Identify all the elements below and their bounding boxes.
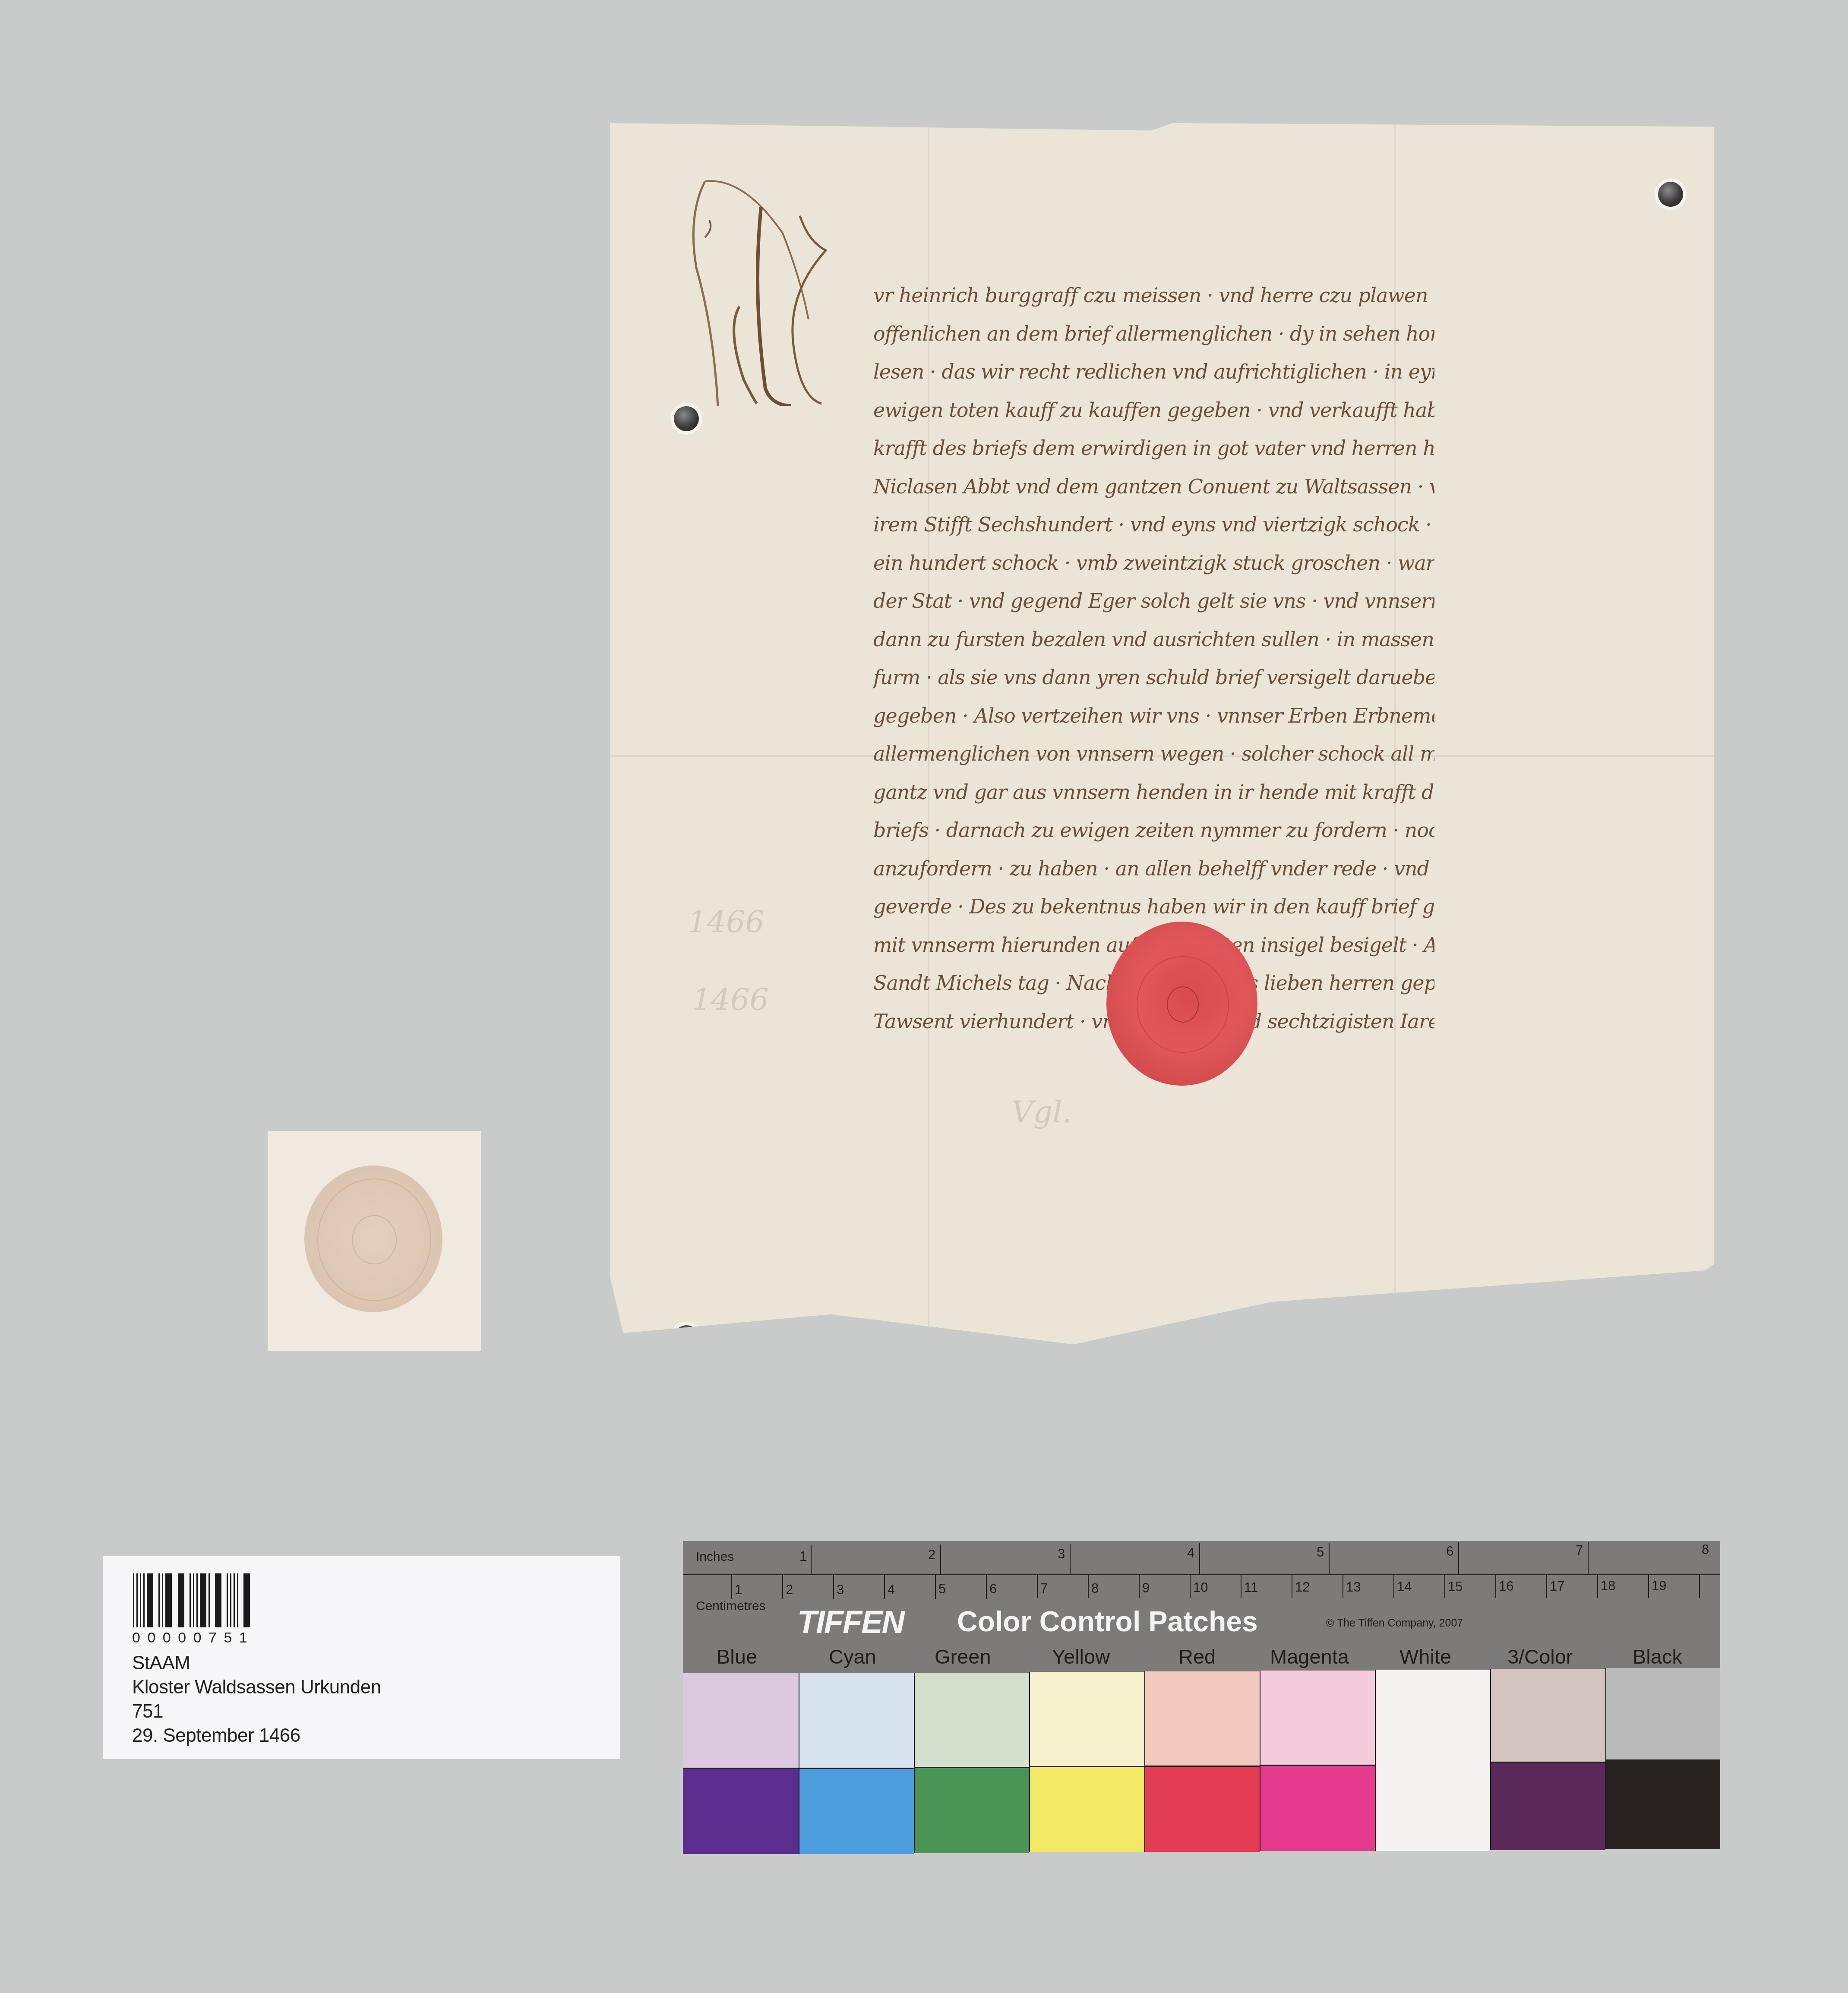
institution: StAAM (132, 1652, 190, 1674)
document-number: 751 (132, 1700, 163, 1723)
barcode-number: 00000751 (132, 1630, 254, 1646)
ruler-baseline (683, 1574, 1720, 1575)
text-line: irem Stifft Sechshundert · vnd eyns vnd … (873, 505, 1434, 544)
text-line: ein hundert schock · vmb zweintzigk stuc… (873, 544, 1434, 582)
patch-magenta-dark (1260, 1765, 1375, 1851)
cm-tick: 11 (1244, 1580, 1258, 1595)
cm-tick: 6 (989, 1581, 997, 1597)
ruler-header: Inches Centimetres 1 2 3 4 5 6 7 8 1 2 3… (683, 1541, 1720, 1673)
cm-tick: 19 (1652, 1578, 1666, 1594)
pencil-note: 1466 (688, 904, 764, 940)
text-line: lesen · das wir recht redlichen vnd aufr… (873, 353, 1434, 391)
seal-fragment (268, 1131, 481, 1351)
text-line: offenlichen an dem brief allermenglichen… (873, 315, 1434, 353)
inch-tick: 7 (1576, 1543, 1583, 1558)
inch-tick: 2 (928, 1547, 935, 1563)
text-line: vr heinrich burggraff czu meissen · vnd … (873, 276, 1434, 315)
patch-red-light (1144, 1671, 1260, 1766)
text-line: furm · als sie vns dann yren schuld brie… (873, 658, 1434, 697)
tiffen-logo: TIFFEN (797, 1604, 904, 1640)
cm-tick: 3 (837, 1582, 844, 1598)
cm-tick: 7 (1040, 1581, 1048, 1596)
patch-black-light (1605, 1668, 1720, 1759)
patch-blue-dark (683, 1768, 799, 1854)
patch-3color-dark (1490, 1762, 1605, 1850)
chart-title: Color Control Patches (957, 1605, 1258, 1638)
patch-magenta-light (1260, 1671, 1375, 1765)
cm-tick: 1 (735, 1582, 742, 1598)
cm-tick: 10 (1193, 1580, 1208, 1595)
text-line: briefs · darnach zu ewigen zeiten nymmer… (873, 811, 1434, 850)
magnet-icon (674, 406, 699, 431)
pencil-note: 1466 (692, 982, 769, 1017)
inches-label: Inches (696, 1550, 734, 1564)
inch-tick: 3 (1058, 1546, 1065, 1562)
patch-label-cyan: Cyan (829, 1645, 876, 1668)
text-line: krafft des briefs dem erwirdigen in got … (873, 429, 1434, 467)
text-line: Niclasen Abbt vnd dem gantzen Conuent zu… (873, 467, 1434, 506)
patch-yellow-dark (1029, 1766, 1144, 1852)
collection: Kloster Waldsassen Urkunden (132, 1676, 381, 1699)
patch-label-blue: Blue (717, 1645, 757, 1668)
inch-tick: 8 (1702, 1542, 1709, 1557)
patch-label-green: Green (935, 1645, 991, 1668)
pencil-note: Vgl. (1011, 1094, 1072, 1130)
cm-tick: 9 (1142, 1580, 1150, 1596)
patch-red-dark (1144, 1766, 1260, 1852)
patch-green-light (914, 1673, 1029, 1767)
text-line: dann zu fursten bezalen vnd ausrichten s… (873, 620, 1434, 659)
cm-tick: 12 (1295, 1579, 1310, 1595)
inch-tick: 4 (1187, 1545, 1194, 1561)
patch-black-dark (1605, 1759, 1720, 1849)
cm-tick: 2 (786, 1582, 793, 1598)
red-wax-seal (1106, 922, 1257, 1086)
archive-label: 00000751 StAAM Kloster Waldsassen Urkund… (103, 1556, 620, 1759)
color-control-chart: Inches Centimetres 1 2 3 4 5 6 7 8 1 2 3… (683, 1541, 1720, 1854)
magnet-icon (674, 1325, 699, 1350)
patch-cyan-dark (799, 1768, 914, 1854)
cm-tick: 13 (1346, 1579, 1361, 1595)
cm-tick: 14 (1397, 1579, 1412, 1595)
patch-blue-light (683, 1673, 799, 1768)
magnet-icon (1645, 1291, 1670, 1316)
magnet-icon (1658, 182, 1683, 207)
patch-label-white: White (1399, 1645, 1451, 1668)
inch-tick: 1 (799, 1549, 807, 1564)
seal-ring (352, 1215, 397, 1264)
patch-cyan-light (799, 1673, 914, 1768)
patch-label-3color: 3/Color (1507, 1645, 1573, 1668)
cm-tick: 8 (1091, 1581, 1099, 1596)
manuscript-text: vr heinrich burggraff czu meissen · vnd … (873, 276, 1434, 1040)
inch-tick: 6 (1446, 1544, 1453, 1559)
cm-tick: 5 (938, 1581, 946, 1597)
centimetres-label: Centimetres (696, 1599, 766, 1614)
text-line: der Stat · vnd gegend Eger solch gelt si… (873, 582, 1434, 620)
seal-ring (1167, 986, 1199, 1023)
copyright: © The Tiffen Company, 2007 (1326, 1617, 1463, 1630)
text-line: anzufordern · zu haben · an allen behelf… (873, 850, 1434, 888)
patch-yellow-light (1029, 1672, 1144, 1766)
text-line: ewigen toten kauff zu kauffen gegeben · … (873, 391, 1434, 430)
text-line: gantz vnd gar aus vnnsern henden in ir h… (873, 773, 1434, 812)
cm-tick: 15 (1448, 1579, 1463, 1595)
decorative-initial-icon (679, 164, 860, 406)
text-line: allermenglichen von vnnsern wegen · solc… (873, 735, 1434, 773)
text-line: geverde · Des zu bekentnus haben wir in … (873, 888, 1434, 926)
barcode (133, 1573, 252, 1627)
manuscript-document: vr heinrich burggraff czu meissen · vnd … (610, 123, 1714, 1377)
patch-label-yellow: Yellow (1052, 1645, 1110, 1668)
cm-tick: 17 (1550, 1579, 1564, 1594)
cm-tick: 4 (888, 1582, 895, 1598)
patch-label-black: Black (1633, 1645, 1682, 1668)
patch-3color-light (1490, 1669, 1605, 1762)
document-date: 29. September 1466 (132, 1725, 300, 1747)
text-line: gegeben · Also vertzeihen wir vns · vnns… (873, 697, 1434, 735)
patch-label-magenta: Magenta (1270, 1645, 1349, 1668)
inch-tick: 5 (1317, 1544, 1324, 1560)
patch-label-red: Red (1178, 1645, 1216, 1668)
cm-tick: 16 (1499, 1579, 1513, 1594)
patch-green-dark (914, 1767, 1029, 1853)
cm-tick: 18 (1601, 1578, 1615, 1594)
patch-white (1375, 1670, 1490, 1851)
